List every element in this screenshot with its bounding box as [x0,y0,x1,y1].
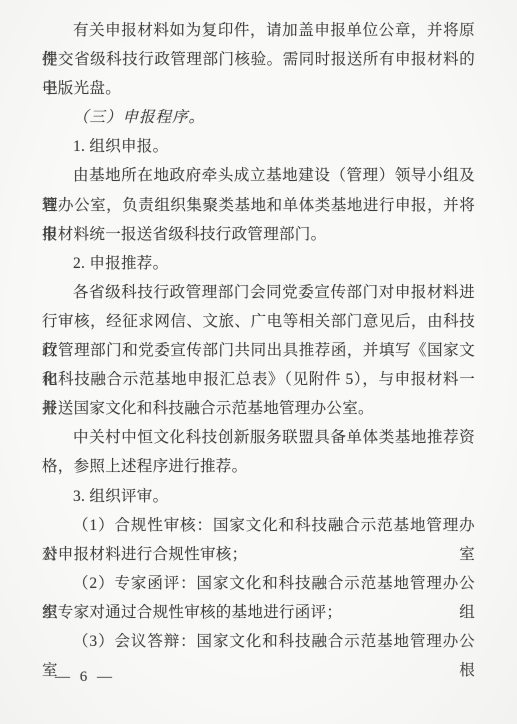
text-line: 中关村中恒文化科技创新服务联盟具备单体类基地推荐资 [42,423,475,452]
text-line-item-heading: 2. 申报推荐。 [42,249,475,278]
text-line: 政管理部门和党委宣传部门共同出具推荐函，并填写《国家文化 [42,336,475,365]
text-line: 和科技融合示范基地申报汇总表》（见附件 5），与申报材料一并 [42,365,475,394]
text-line: 由基地所在地政府牵头成立基地建设（管理）领导小组及管 [42,161,475,190]
text-line: 格，参照上述程序进行推荐。 [42,452,475,481]
text-line: 报送国家文化和科技融合示范基地管理办公室。 [42,394,475,423]
text-line-item-heading: 1. 组织申报。 [42,132,475,161]
text-line: 子版光盘。 [42,74,475,103]
text-line-section-heading: （三）申报程序。 [42,103,475,132]
text-line: （1）合规性审核：国家文化和科技融合示范基地管理办公室 [42,511,475,540]
text-line: 报材料统一报送省级科技行政管理部门。 [42,220,475,249]
page-number: — 6 — [55,663,115,692]
text-line: （3）会议答辩：国家文化和科技融合示范基地管理办公室根 [42,627,475,656]
text-line-item-heading: 3. 组织评审。 [42,482,475,511]
document-page: 有关申报材料如为复印件，请加盖申报单位公章，并将原件 提交省级科技行政管理部门核… [0,0,517,724]
text-line: （2）专家函评：国家文化和科技融合示范基地管理办公室组 [42,569,475,598]
text-line: 理办公室，负责组织集聚类基地和单体类基地进行申报，并将申 [42,191,475,220]
text-line: 行审核，经征求网信、文旅、广电等相关部门意见后，由科技行 [42,307,475,336]
text-line: 有关申报材料如为复印件，请加盖申报单位公章，并将原件 [42,16,475,45]
document-body: 有关申报材料如为复印件，请加盖申报单位公章，并将原件 提交省级科技行政管理部门核… [42,16,475,656]
text-line: 各省级科技行政管理部门会同党委宣传部门对申报材料进 [42,278,475,307]
text-line: 提交省级科技行政管理部门核验。需同时报送所有申报材料的电 [42,45,475,74]
